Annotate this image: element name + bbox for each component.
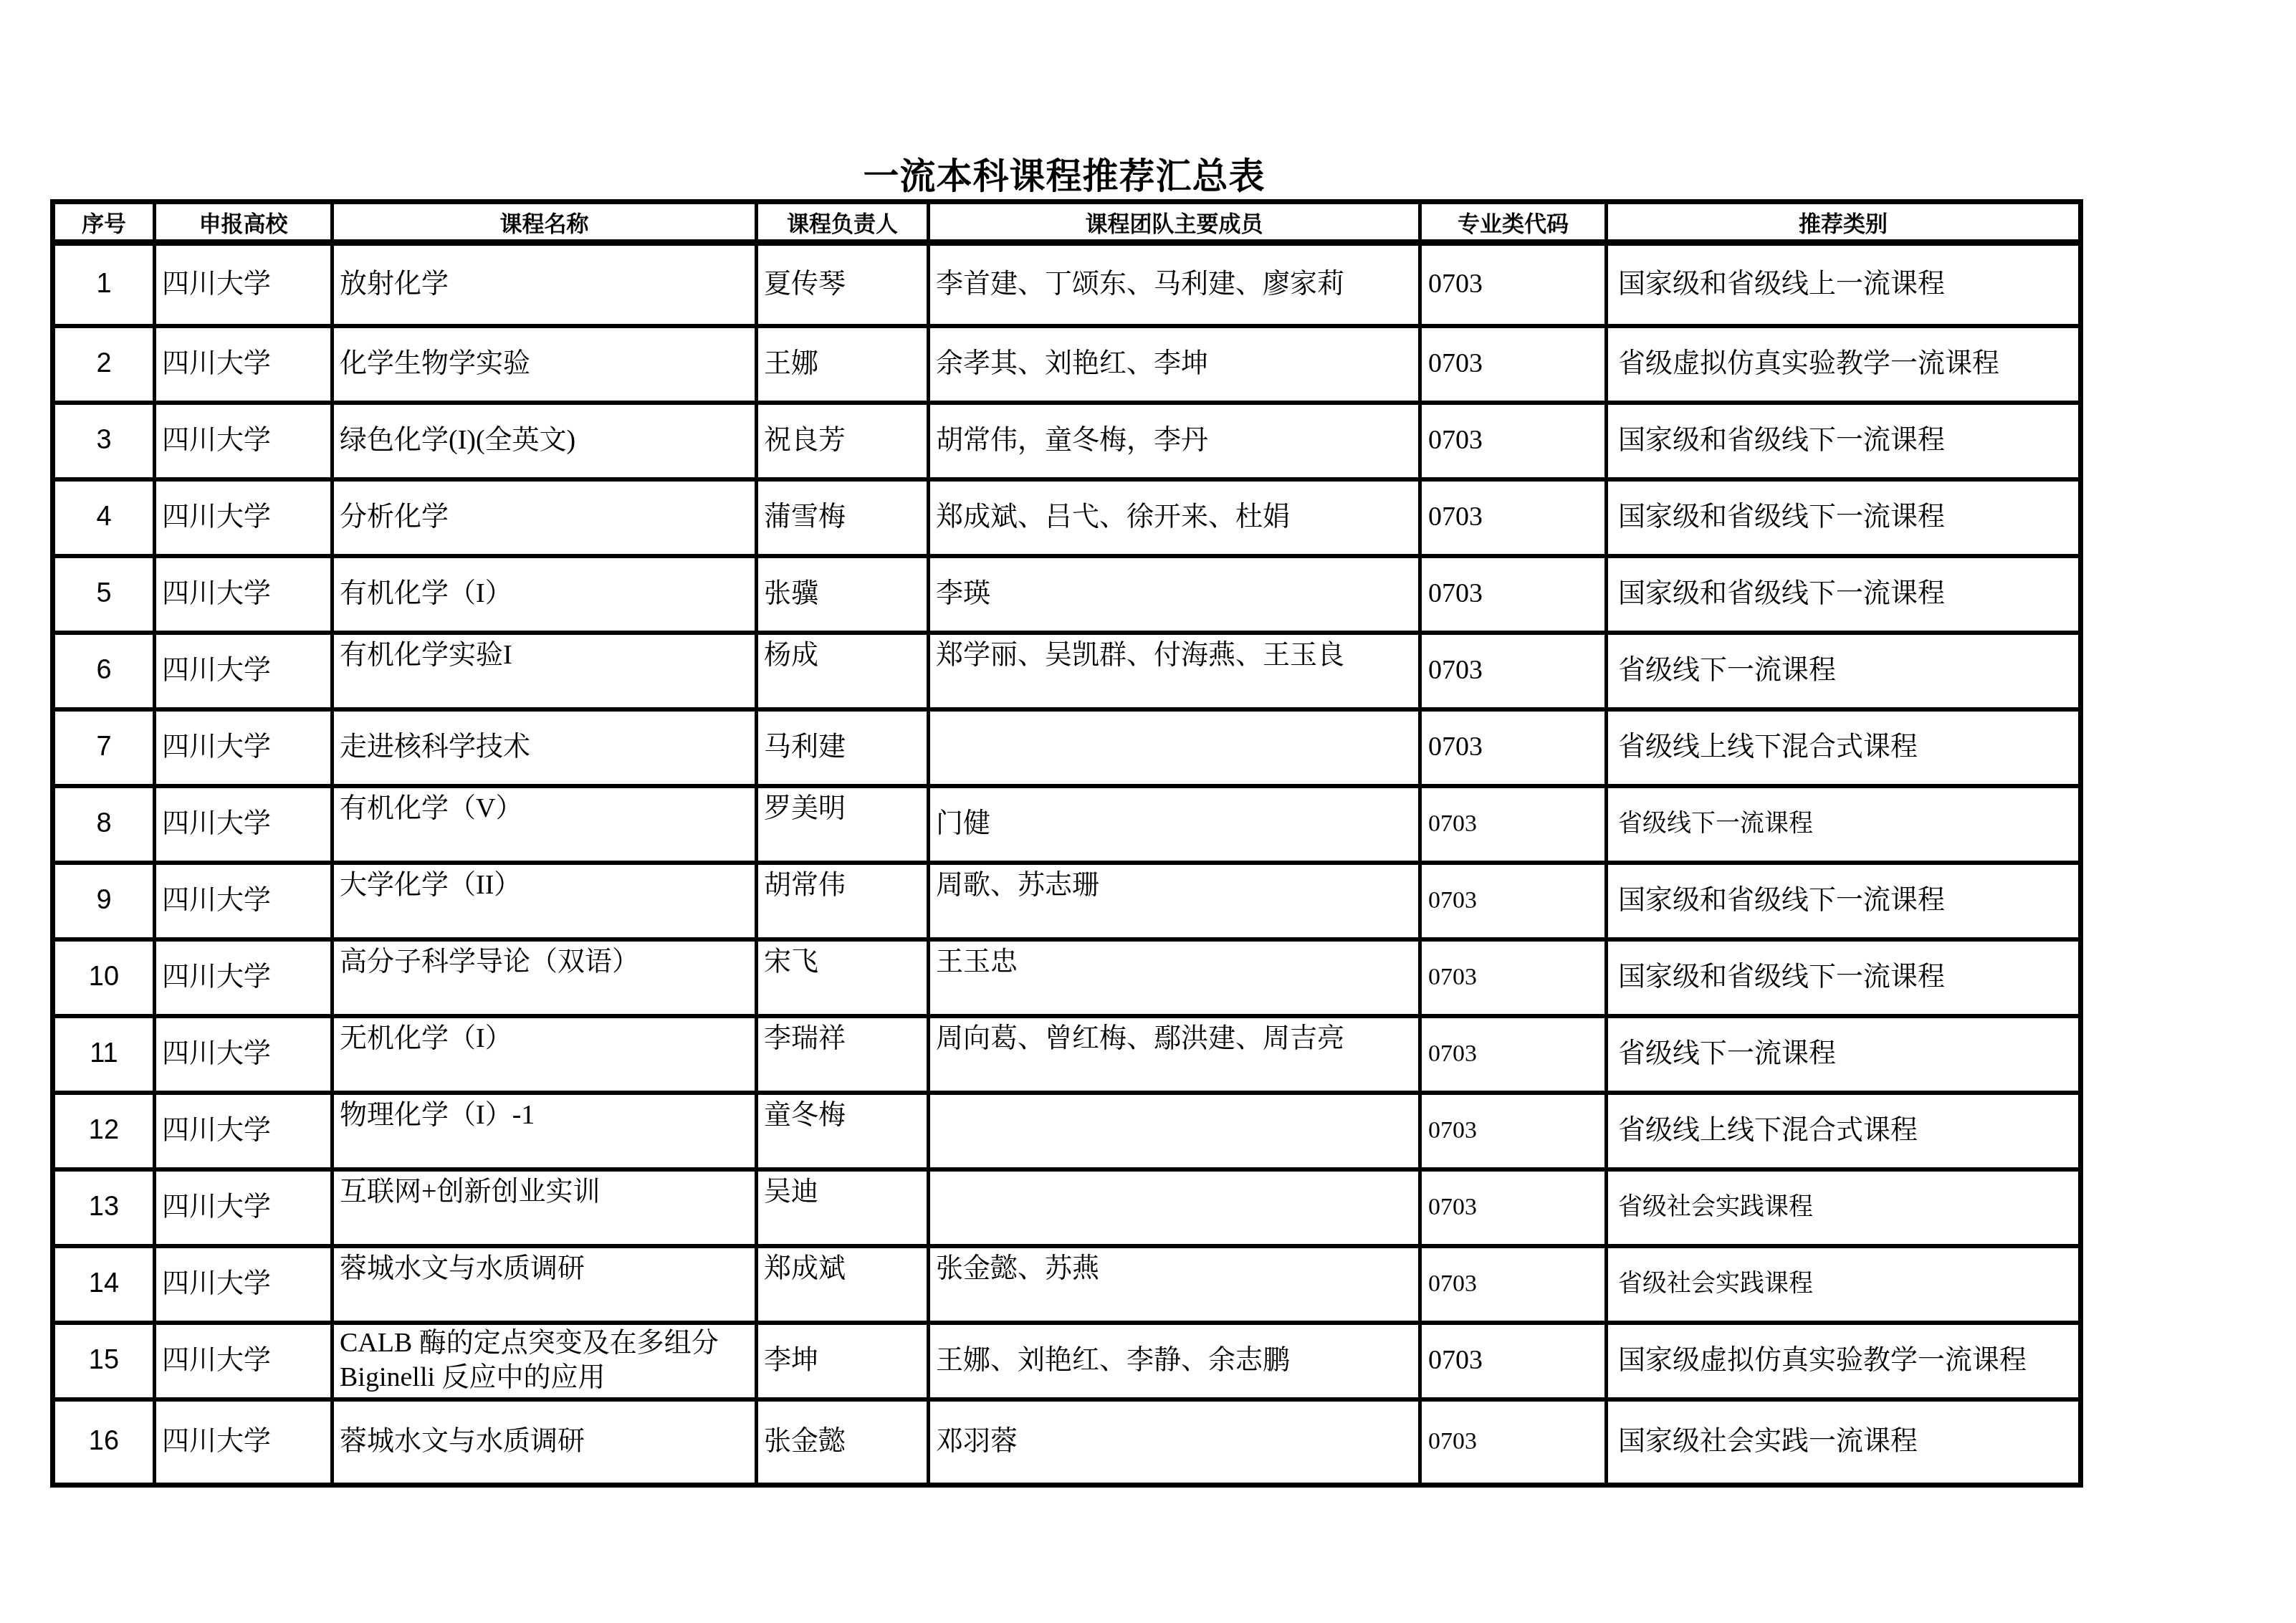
category-cell: 国家级和省级线下一流课程 <box>1607 863 2081 939</box>
code-cell: 0703 <box>1420 1246 1607 1323</box>
courses-table: 序号申报高校课程名称课程负责人课程团队主要成员专业类代码推荐类别 1四川大学放射… <box>50 199 2083 1488</box>
university-cell: 四川大学 <box>155 1399 333 1485</box>
table-row: 10四川大学高分子科学导论（双语）宋飞王玉忠0703国家级和省级线下一流课程 <box>53 939 2081 1016</box>
leader-cell: 夏传琴 <box>757 243 929 326</box>
team-cell: 郑学丽、吴凯群、付海燕、王玉良 <box>929 633 1420 709</box>
team-cell: 周向葛、曾红梅、鄢洪建、周吉亮 <box>929 1016 1420 1093</box>
header-row: 序号申报高校课程名称课程负责人课程团队主要成员专业类代码推荐类别 <box>53 202 2081 243</box>
table-row: 4四川大学分析化学蒲雪梅郑成斌、吕弋、徐开来、杜娟0703国家级和省级线下一流课… <box>53 479 2081 556</box>
header-code: 专业类代码 <box>1420 202 1607 243</box>
code-cell: 0703 <box>1420 479 1607 556</box>
category-cell: 国家级和省级线下一流课程 <box>1607 403 2081 479</box>
table-body: 1四川大学放射化学夏传琴李首建、丁颂东、马利建、廖家莉0703国家级和省级线上一… <box>53 243 2081 1485</box>
university-cell: 四川大学 <box>155 243 333 326</box>
header-leader: 课程负责人 <box>757 202 929 243</box>
table-row: 2四川大学化学生物学实验王娜余孝其、刘艳红、李坤0703省级虚拟仿真实验教学一流… <box>53 326 2081 403</box>
course-cell: 化学生物学实验 <box>333 326 757 403</box>
course-cell: 物理化学（I）-1 <box>333 1093 757 1169</box>
table-row: 7四川大学走进核科学技术马利建0703省级线上线下混合式课程 <box>53 709 2081 786</box>
course-cell: 放射化学 <box>333 243 757 326</box>
code-cell: 0703 <box>1420 939 1607 1016</box>
university-cell: 四川大学 <box>155 1169 333 1246</box>
leader-cell: 王娜 <box>757 326 929 403</box>
team-cell: 周歌、苏志珊 <box>929 863 1420 939</box>
header-team: 课程团队主要成员 <box>929 202 1420 243</box>
team-cell: 李首建、丁颂东、马利建、廖家莉 <box>929 243 1420 326</box>
no-cell: 7 <box>53 709 155 786</box>
leader-cell: 蒲雪梅 <box>757 479 929 556</box>
university-cell: 四川大学 <box>155 556 333 633</box>
no-cell: 3 <box>53 403 155 479</box>
category-cell: 国家级和省级线下一流课程 <box>1607 556 2081 633</box>
university-cell: 四川大学 <box>155 1093 333 1169</box>
university-cell: 四川大学 <box>155 633 333 709</box>
category-cell: 省级社会实践课程 <box>1607 1169 2081 1246</box>
team-cell: 李瑛 <box>929 556 1420 633</box>
university-cell: 四川大学 <box>155 709 333 786</box>
course-cell: CALB 酶的定点突变及在多组分 Biginelli 反应中的应用 <box>333 1323 757 1399</box>
university-cell: 四川大学 <box>155 326 333 403</box>
course-cell: 大学化学（II） <box>333 863 757 939</box>
table-row: 1四川大学放射化学夏传琴李首建、丁颂东、马利建、廖家莉0703国家级和省级线上一… <box>53 243 2081 326</box>
no-cell: 13 <box>53 1169 155 1246</box>
table-row: 16四川大学蓉城水文与水质调研张金懿邓羽蓉0703国家级社会实践一流课程 <box>53 1399 2081 1485</box>
course-cell: 有机化学（V） <box>333 786 757 863</box>
code-cell: 0703 <box>1420 1399 1607 1485</box>
course-cell: 蓉城水文与水质调研 <box>333 1399 757 1485</box>
code-cell: 0703 <box>1420 1016 1607 1093</box>
category-cell: 省级线上线下混合式课程 <box>1607 1093 2081 1169</box>
course-cell: 分析化学 <box>333 479 757 556</box>
no-cell: 2 <box>53 326 155 403</box>
university-cell: 四川大学 <box>155 1323 333 1399</box>
category-cell: 国家级和省级线上一流课程 <box>1607 243 2081 326</box>
category-cell: 省级虚拟仿真实验教学一流课程 <box>1607 326 2081 403</box>
category-cell: 省级线下一流课程 <box>1607 633 2081 709</box>
no-cell: 1 <box>53 243 155 326</box>
table-row: 12四川大学物理化学（I）-1童冬梅0703省级线上线下混合式课程 <box>53 1093 2081 1169</box>
no-cell: 15 <box>53 1323 155 1399</box>
table-row: 6四川大学有机化学实验I杨成郑学丽、吴凯群、付海燕、王玉良0703省级线下一流课… <box>53 633 2081 709</box>
course-cell: 蓉城水文与水质调研 <box>333 1246 757 1323</box>
leader-cell: 罗美明 <box>757 786 929 863</box>
code-cell: 0703 <box>1420 633 1607 709</box>
category-cell: 省级线上线下混合式课程 <box>1607 709 2081 786</box>
code-cell: 0703 <box>1420 326 1607 403</box>
team-cell <box>929 1169 1420 1246</box>
no-cell: 5 <box>53 556 155 633</box>
table-row: 9四川大学大学化学（II）胡常伟周歌、苏志珊0703国家级和省级线下一流课程 <box>53 863 2081 939</box>
header-course: 课程名称 <box>333 202 757 243</box>
code-cell: 0703 <box>1420 863 1607 939</box>
course-cell: 无机化学（I） <box>333 1016 757 1093</box>
table-row: 14四川大学蓉城水文与水质调研郑成斌张金懿、苏燕0703省级社会实践课程 <box>53 1246 2081 1323</box>
category-cell: 国家级社会实践一流课程 <box>1607 1399 2081 1485</box>
leader-cell: 马利建 <box>757 709 929 786</box>
table-row: 15四川大学CALB 酶的定点突变及在多组分 Biginelli 反应中的应用李… <box>53 1323 2081 1399</box>
no-cell: 9 <box>53 863 155 939</box>
team-cell: 王玉忠 <box>929 939 1420 1016</box>
no-cell: 10 <box>53 939 155 1016</box>
university-cell: 四川大学 <box>155 863 333 939</box>
course-cell: 走进核科学技术 <box>333 709 757 786</box>
university-cell: 四川大学 <box>155 786 333 863</box>
leader-cell: 张骥 <box>757 556 929 633</box>
table-row: 5四川大学有机化学（I）张骥李瑛0703国家级和省级线下一流课程 <box>53 556 2081 633</box>
no-cell: 6 <box>53 633 155 709</box>
category-cell: 国家级和省级线下一流课程 <box>1607 939 2081 1016</box>
team-cell <box>929 1093 1420 1169</box>
leader-cell: 祝良芳 <box>757 403 929 479</box>
category-cell: 省级线下一流课程 <box>1607 786 2081 863</box>
document-page: 一流本科课程推荐汇总表 序号申报高校课程名称课程负责人课程团队主要成员专业类代码… <box>0 0 2296 1623</box>
code-cell: 0703 <box>1420 1169 1607 1246</box>
leader-cell: 童冬梅 <box>757 1093 929 1169</box>
page-title: 一流本科课程推荐汇总表 <box>50 148 2078 199</box>
university-cell: 四川大学 <box>155 1016 333 1093</box>
code-cell: 0703 <box>1420 1093 1607 1169</box>
university-cell: 四川大学 <box>155 403 333 479</box>
leader-cell: 杨成 <box>757 633 929 709</box>
code-cell: 0703 <box>1420 1323 1607 1399</box>
no-cell: 8 <box>53 786 155 863</box>
no-cell: 14 <box>53 1246 155 1323</box>
leader-cell: 李坤 <box>757 1323 929 1399</box>
team-cell: 张金懿、苏燕 <box>929 1246 1420 1323</box>
no-cell: 16 <box>53 1399 155 1485</box>
no-cell: 4 <box>53 479 155 556</box>
no-cell: 12 <box>53 1093 155 1169</box>
team-cell: 胡常伟，童冬梅，李丹 <box>929 403 1420 479</box>
university-cell: 四川大学 <box>155 939 333 1016</box>
leader-cell: 宋飞 <box>757 939 929 1016</box>
table-row: 11四川大学无机化学（I）李瑞祥周向葛、曾红梅、鄢洪建、周吉亮0703省级线下一… <box>53 1016 2081 1093</box>
course-cell: 有机化学实验I <box>333 633 757 709</box>
team-cell: 郑成斌、吕弋、徐开来、杜娟 <box>929 479 1420 556</box>
team-cell: 王娜、刘艳红、李静、余志鹏 <box>929 1323 1420 1399</box>
category-cell: 省级社会实践课程 <box>1607 1246 2081 1323</box>
course-cell: 绿色化学(I)(全英文) <box>333 403 757 479</box>
course-cell: 高分子科学导论（双语） <box>333 939 757 1016</box>
code-cell: 0703 <box>1420 786 1607 863</box>
team-cell <box>929 709 1420 786</box>
header-university: 申报高校 <box>155 202 333 243</box>
header-no: 序号 <box>53 202 155 243</box>
table-row: 8四川大学有机化学（V）罗美明门健0703省级线下一流课程 <box>53 786 2081 863</box>
leader-cell: 李瑞祥 <box>757 1016 929 1093</box>
team-cell: 余孝其、刘艳红、李坤 <box>929 326 1420 403</box>
header-category: 推荐类别 <box>1607 202 2081 243</box>
code-cell: 0703 <box>1420 556 1607 633</box>
code-cell: 0703 <box>1420 709 1607 786</box>
course-cell: 有机化学（I） <box>333 556 757 633</box>
leader-cell: 郑成斌 <box>757 1246 929 1323</box>
course-cell: 互联网+创新创业实训 <box>333 1169 757 1246</box>
category-cell: 国家级和省级线下一流课程 <box>1607 479 2081 556</box>
team-cell: 邓羽蓉 <box>929 1399 1420 1485</box>
code-cell: 0703 <box>1420 243 1607 326</box>
category-cell: 国家级虚拟仿真实验教学一流课程 <box>1607 1323 2081 1399</box>
no-cell: 11 <box>53 1016 155 1093</box>
university-cell: 四川大学 <box>155 479 333 556</box>
team-cell: 门健 <box>929 786 1420 863</box>
category-cell: 省级线下一流课程 <box>1607 1016 2081 1093</box>
table-row: 3四川大学绿色化学(I)(全英文)祝良芳胡常伟，童冬梅，李丹0703国家级和省级… <box>53 403 2081 479</box>
leader-cell: 张金懿 <box>757 1399 929 1485</box>
table-row: 13四川大学互联网+创新创业实训吴迪0703省级社会实践课程 <box>53 1169 2081 1246</box>
leader-cell: 胡常伟 <box>757 863 929 939</box>
code-cell: 0703 <box>1420 403 1607 479</box>
university-cell: 四川大学 <box>155 1246 333 1323</box>
leader-cell: 吴迪 <box>757 1169 929 1246</box>
